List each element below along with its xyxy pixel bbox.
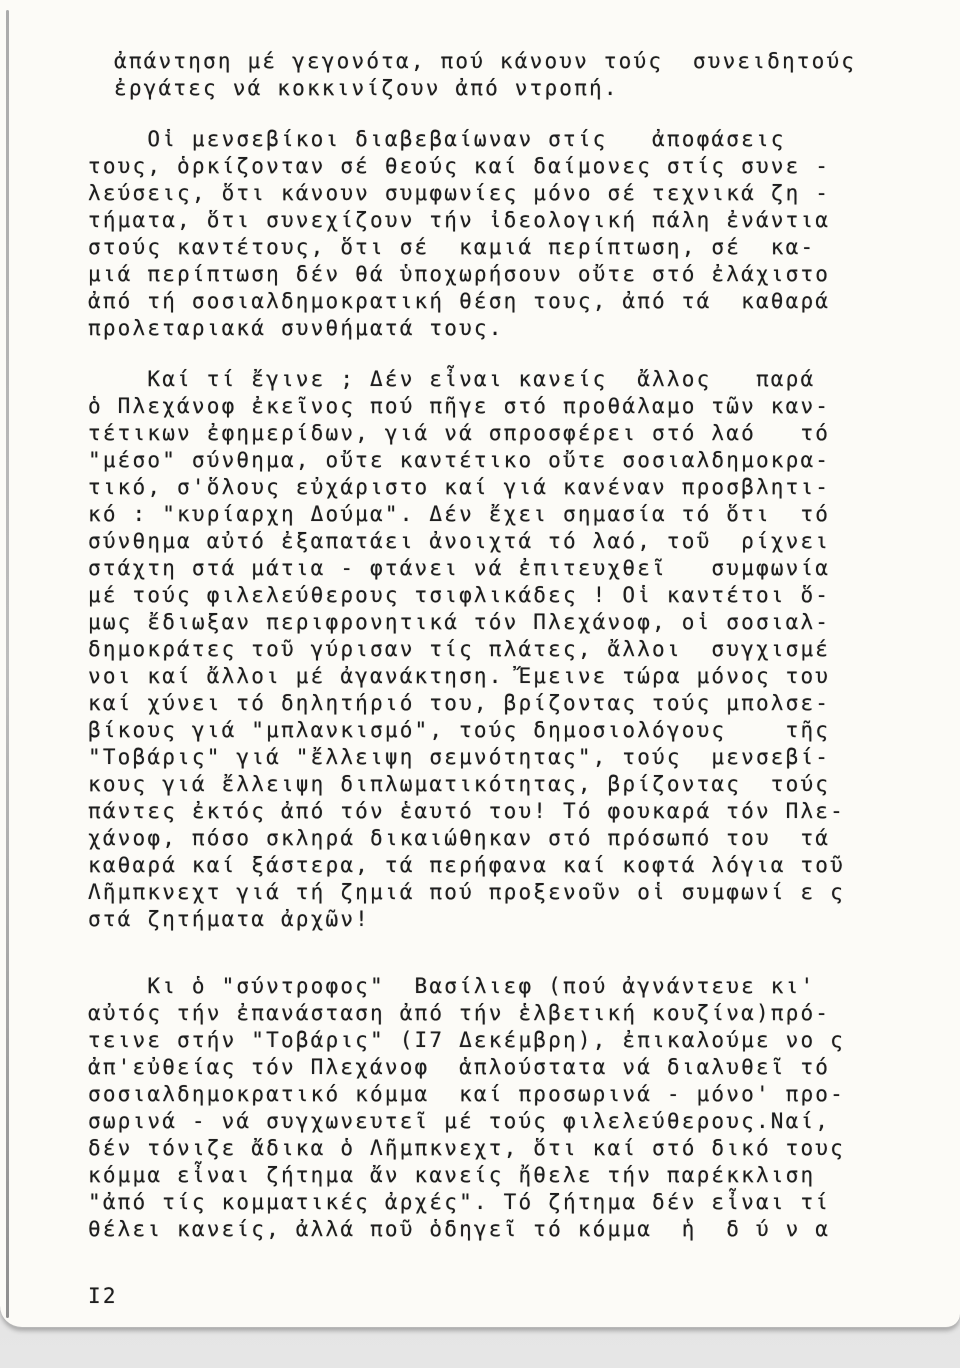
text-line: στά ζητήματα ἀρχῶν! [88,906,898,933]
text-line: τήματα, ὅτι συνεχίζουν τήν ἰδεολογική πά… [88,207,898,234]
text-line: ἀπάντηση μέ γεγονότα, πού κάνουν τούς συ… [114,48,898,75]
text-line: Καί τί ἔγινε ; Δέν εἶναι κανείς ἄλλος πα… [88,366,898,393]
paragraph-3: Καί τί ἔγινε ; Δέν εἶναι κανείς ἄλλος πα… [88,366,898,933]
paragraph-1: ἀπάντηση μέ γεγονότα, πού κάνουν τούς συ… [114,48,898,102]
text-line: πάντες ἐκτός ἀπό τόν ἑαυτό του! Τό φουκα… [88,798,898,825]
text-line: στούς καντέτους, ὅτι σέ καμιά περίπτωση,… [88,234,898,261]
text-line: σύνθημα αὐτό ἐξαπατάει ἀνοιχτά τό λαό, τ… [88,528,898,555]
text-line: ἀπό τή σοσιαλδημοκρατική θέση τους, ἀπό … [88,288,898,315]
text-line: μως ἔδιωξαν περιφρονητικά τόν Πλεχάνοφ, … [88,609,898,636]
page-text-block: ἀπάντηση μέ γεγονότα, πού κάνουν τούς συ… [88,48,898,1310]
text-line: καί χύνει τό δηλητήριό του, βρίζοντας το… [88,690,898,717]
text-line: τέτικων ἐφημερίδων, γιά νά σπροσφέρει στ… [88,420,898,447]
text-line: δημοκράτες τοῦ γύρισαν τίς πλάτες, ἄλλοι… [88,636,898,663]
text-line: μιά περίπτωση δέν θά ὑποχωρήσουν οὔτε στ… [88,261,898,288]
text-line: κόμμα εἶναι ζήτημα ἄν κανείς ἤθελε τήν π… [88,1162,898,1189]
text-line: κους γιά ἔλλειψη διπλωματικότητας, βρίζο… [88,771,898,798]
text-line: λεύσεις, ὅτι κάνουν συμφωνίες μόνο σέ τε… [88,180,898,207]
page-paper: ἀπάντηση μέ γεγονότα, πού κάνουν τούς συ… [0,0,960,1328]
text-line: μέ τούς φιλελεύθερους τσιφλικάδες ! Οἱ κ… [88,582,898,609]
text-line: νοι καί ἄλλοι μέ ἀγανάκτηση. Ἔμεινε τώρα… [88,663,898,690]
text-line: χάνοφ, πόσο σκληρά δικαιώθηκαν στό πρόσω… [88,825,898,852]
text-line: θέλει κανείς, ἀλλά ποῦ ὁδηγεῖ τό κόμμα ἡ… [88,1216,898,1243]
paragraph-4: Κι ὁ "σύντροφος" Βασίλιεφ (πού ἀγνάντευε… [88,973,898,1243]
paragraph-2: Οἱ μενσεβίκοι διαβεβαίωναν στίς ἀποφάσει… [88,126,898,342]
text-line: δέν τόνιζε ἄδικα ὁ Λῆμπκνεχτ, ὅτι καί στ… [88,1135,898,1162]
text-line: "Τοβάρις" γιά "ἔλλειψη σεμνότητας", τούς… [88,744,898,771]
page-left-edge [6,10,9,1318]
text-line: ἀπ'εὐθείας τόν Πλεχάνοφ ἁπλούστατα νά δι… [88,1054,898,1081]
text-line: αὐτός τήν ἐπανάσταση ἀπό τήν ἑλβετική κο… [88,1000,898,1027]
text-line: βίκους γιά "μπλανκισμό", τούς δημοσιολόγ… [88,717,898,744]
text-line: Κι ὁ "σύντροφος" Βασίλιεφ (πού ἀγνάντευε… [88,973,898,1000]
text-line: καθαρά καί ξάστερα, τά περήφανα καί κοφτ… [88,852,898,879]
scanned-document-page: ἀπάντηση μέ γεγονότα, πού κάνουν τούς συ… [0,0,960,1368]
text-line: τους, ὁρκίζονταν σέ θεούς καί δαίμονες σ… [88,153,898,180]
text-line: Οἱ μενσεβίκοι διαβεβαίωναν στίς ἀποφάσει… [88,126,898,153]
page-number: Ι2 [88,1283,898,1310]
text-line: τικό, σ'ὅλους εὐχάριστο καί γιά κανέναν … [88,474,898,501]
text-line: στάχτη στά μάτια - φτάνει νά ἐπιτευχθεῖ … [88,555,898,582]
text-line: "ἀπό τίς κομματικές ἀρχές". Τό ζήτημα δέ… [88,1189,898,1216]
text-line: σωρινά - νά συγχωνευτεῖ μέ τούς φιλελεύθ… [88,1108,898,1135]
text-line: ὁ Πλεχάνοφ ἐκεῖνος πού πῆγε στό προθάλαμ… [88,393,898,420]
text-line: κό : "κυρίαρχη Δούμα". Δέν ἔχει σημασία … [88,501,898,528]
text-line: προλεταριακά συνθήματά τους. [88,315,898,342]
text-line: "μέσο" σύνθημα, οὔτε καντέτικο οὔτε σοσι… [88,447,898,474]
text-line: σοσιαλδημοκρατικό κόμμα καί προσωρινά - … [88,1081,898,1108]
text-line: ἐργάτες νά κοκκινίζουν ἀπό ντροπή. [114,75,898,102]
text-line: τεινε στήν "Τοβάρις" (Ι7 Δεκέμβρη), ἐπικ… [88,1027,898,1054]
text-line: Λῆμπκνεχτ γιά τή ζημιά πού προξενοῦν οἱ … [88,879,898,906]
